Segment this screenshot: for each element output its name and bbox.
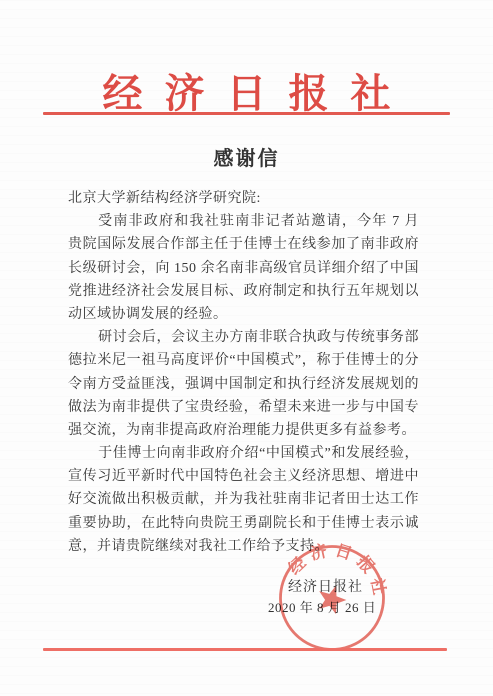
body-line: 北京大学新结构经济学研究院: [68,187,419,210]
body-line: 做法为南非提供了宝贵经验，希望未来进一步与中国专家加 [68,396,419,419]
signature-date: 2020 年 8 月 26 日 [268,597,376,616]
body-line: 强交流，为南非提高政府治理能力提供更多有益参考。 [68,419,419,442]
masthead-title: 经济日报社 [0,62,493,119]
signature-name: 经济日报社 [288,576,363,596]
body-line: 意，并请贵院继续对我社工作给予支持。 [68,535,419,558]
body-line: 长级研讨会，向 150 余名南非高级官员详细介绍了中国共产 [68,257,419,280]
body-line: 党推进经济社会发展目标、政府制定和执行五年规划以及推 [68,280,419,303]
body-line: 研讨会后，会议主办方南非联合执政与传统事务部部长 [68,326,419,349]
body-line: 令南方受益匪浅，强调中国制定和执行经济发展规划的成功 [68,373,419,396]
body-line: 受南非政府和我社驻南非记者站邀请，今年 7 月 30 日， [68,210,419,233]
body-line: 贵院国际发展合作部主任于佳博士在线参加了南非政府部 [68,233,419,256]
letter-title: 感谢信 [0,142,493,171]
body-line: 好交流做出积极贡献，并为我社驻南非记者田士达工作提供 [68,488,419,511]
masthead-rule [43,112,450,115]
body-line: 动区域协调发展的经验。 [68,303,419,326]
body-line: 宣传习近平新时代中国特色社会主义经济思想、增进中南友 [68,465,419,488]
body-line: 德拉米尼一祖马高度评价“中国模式”，称于佳博士的分享 [68,349,419,372]
footer-rule [43,648,447,651]
body-line: 重要协助，在此特向贵院王勇副院长和于佳博士表示诚挚谢 [68,512,419,535]
scanned-letter-page: 经济日报社 感谢信 北京大学新结构经济学研究院:受南非政府和我社驻南非记者站邀请… [0,0,493,696]
body-line: 于佳博士向南非政府介绍“中国模式”和发展经验，为 [68,442,419,465]
letter-body: 北京大学新结构经济学研究院:受南非政府和我社驻南非记者站邀请，今年 7 月 30… [68,187,419,558]
